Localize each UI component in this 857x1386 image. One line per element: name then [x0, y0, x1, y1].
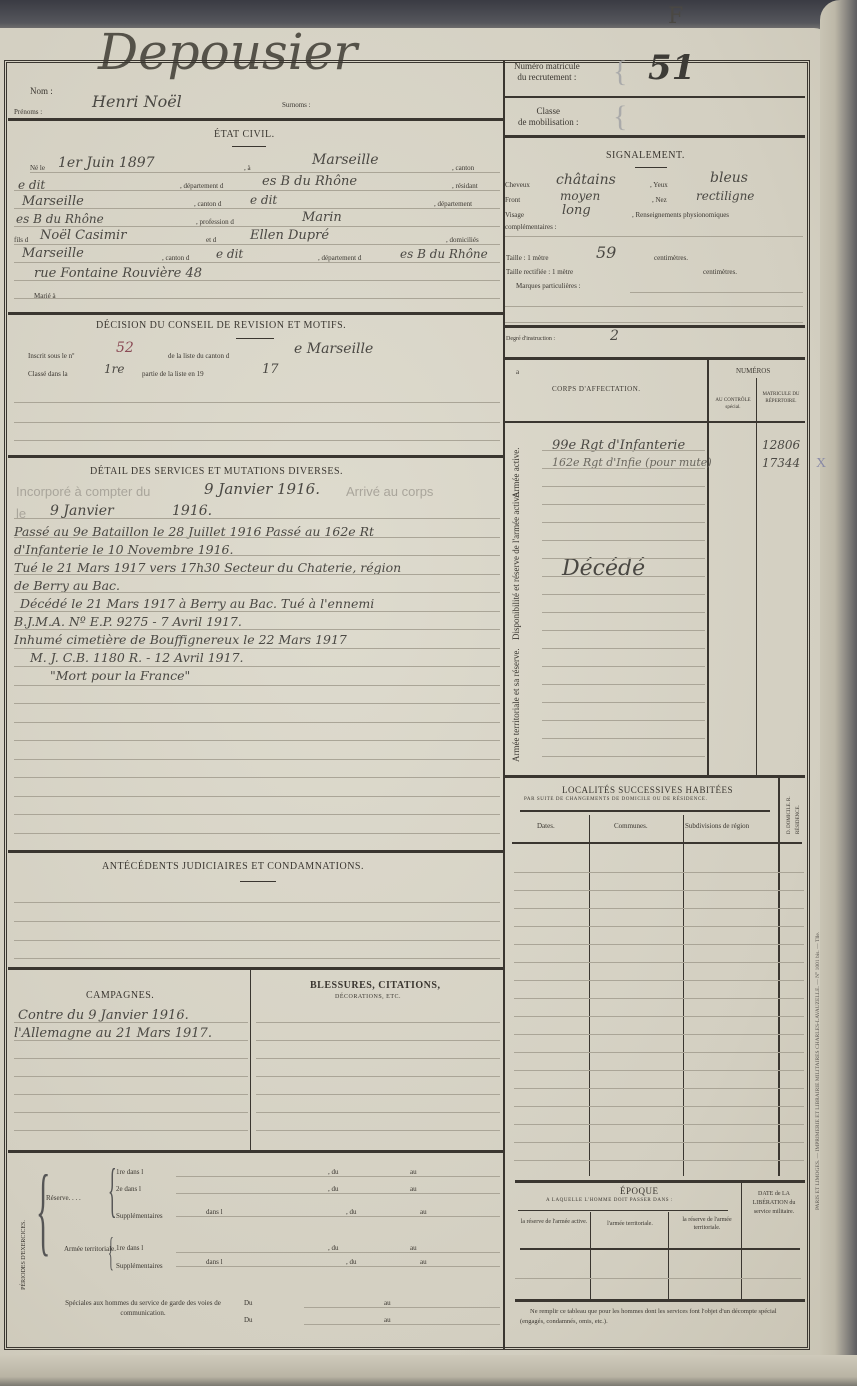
periode-row-label: Du [244, 1299, 253, 1307]
divider [515, 1299, 805, 1302]
col-divider [683, 815, 684, 1176]
taille-rectifiee-label: Taille rectifiée : 1 mètre [506, 268, 573, 276]
epoque-title: ÉPOQUE [620, 1186, 659, 1196]
departement-label-3: , département d [318, 254, 361, 262]
birth-date: 1er Juin 1897 [58, 155, 155, 171]
visage-value: long [562, 203, 591, 218]
title-rule [635, 167, 667, 168]
localites-title: LOCALITÉS SUCCESSIVES HABITÉES [562, 785, 733, 795]
periode-row-sub: dans l [206, 1208, 223, 1216]
nez-label: , Nez [652, 196, 667, 204]
residence-departement: es B du Rhône [16, 212, 104, 226]
decision-canton: e Marseille [294, 341, 373, 357]
periode-row-au: au [410, 1244, 417, 1252]
matricule-entry-1: 12806 [762, 438, 800, 452]
residence: Marseille [22, 194, 84, 209]
periode-row-label: Du [244, 1316, 253, 1324]
status-decede: Décédé [562, 556, 645, 581]
ne-le-label: Né le [30, 164, 45, 172]
epoque-col-territoriale: l'armée territoriale. [596, 1220, 664, 1228]
cheveux-value: châtains [556, 172, 616, 188]
stamp-arrive: Arrivé au corps [346, 484, 433, 499]
localites-subtitle: PAR SUITE DE CHANGEMENTS DE DOMICILE OU … [524, 797, 707, 802]
front-value: moyen [560, 189, 600, 203]
folio-letter: F [668, 4, 683, 29]
stamp-year: 1916. [172, 503, 212, 519]
blessures-title: BLESSURES, CITATIONS, [310, 980, 440, 991]
cheveux-label: Cheveux [505, 181, 530, 189]
periode-row-label: 2e dans l [116, 1185, 141, 1193]
col-divider [741, 1183, 742, 1299]
marie-label: Marié à [34, 292, 56, 300]
etat-civil-title: ÉTAT CIVIL. [214, 129, 275, 140]
partie-value: 1re [104, 362, 124, 376]
inscrit-number: 52 [116, 340, 134, 356]
periode-row-label: 1re dans l [116, 1168, 143, 1176]
printer-imprint: PARIS ET LIMOGES. — IMPRIMERIE ET LIBRAI… [815, 932, 821, 1210]
parents-residence: Marseille [22, 246, 84, 261]
periode-row-au: au [384, 1299, 391, 1307]
decision-title: DÉCISION DU CONSEIL DE REVISION ET MOTIF… [96, 320, 346, 331]
campagne-line-2: l'Allemagne au 21 Mars 1917. [14, 1026, 212, 1041]
classe-label-1: Classe [518, 106, 579, 117]
yeux-label: , Yeux [650, 181, 668, 189]
matricule-label-2: du recrutement : [514, 72, 580, 83]
marques-label: Marques particulières : [516, 282, 581, 290]
col-communes: Communes. [614, 822, 648, 830]
yeux-value: bleus [710, 170, 748, 186]
periodes-side-label: PÉRIODES D'EXERCICES. [20, 1200, 28, 1310]
services-title: DÉTAIL DES SERVICES ET MUTATIONS DIVERSE… [90, 466, 343, 477]
prenoms-label: Prénoms : [14, 108, 42, 116]
address: rue Fontaine Rouvière 48 [34, 266, 202, 281]
controle-header: AU CONTRÔLE spécial. [710, 397, 756, 411]
matricule-number: 51 [648, 48, 695, 88]
canton-d-label-2: , canton d [162, 254, 189, 262]
departement-label: , département d [180, 182, 223, 190]
divider [505, 135, 805, 138]
col-divider [707, 357, 709, 775]
centimetres-label-2: centimètres. [703, 268, 737, 276]
et-label: et d [206, 236, 216, 244]
periode-row-au: au [420, 1208, 427, 1216]
col-divider [778, 778, 780, 1176]
periode-row-du: , du [346, 1208, 357, 1216]
taille-value: 59 [596, 243, 616, 262]
divider [505, 357, 805, 360]
col-dates: Dates. [537, 822, 555, 830]
corps-header: CORPS D'AFFECTATION. [552, 385, 641, 393]
degre-value: 2 [610, 328, 619, 344]
a-label: , à [244, 164, 251, 172]
canton-of: e dit [18, 178, 45, 192]
father-name: Noël Casimir [40, 228, 126, 243]
nez-value: rectiligne [696, 189, 754, 203]
periode-row-du: , du [346, 1258, 357, 1266]
periode-row-du: , du [328, 1185, 339, 1193]
divider [8, 312, 503, 315]
title-rule [232, 146, 266, 147]
parents-canton: e dit [216, 247, 243, 261]
col-subdivisions: Subdivisions de région [685, 822, 749, 830]
divider [8, 850, 503, 853]
col-divider [589, 815, 590, 1176]
partie-label: partie de la liste en 19 [142, 370, 204, 378]
complementaires-label: complémentaires : [505, 223, 557, 231]
matricule-label: Numéro matricule du recrutement : [514, 61, 580, 83]
profession: Marin [302, 210, 342, 225]
reserve-label: Réserve. . . . [46, 1194, 81, 1202]
speciales-label: Spéciales aux hommes du service de garde… [48, 1298, 238, 1318]
service-line: B.J.M.A. Nº E.P. 9275 - 7 Avril 1917. [14, 614, 242, 629]
periode-row-au: au [384, 1316, 391, 1324]
header-rule [512, 842, 802, 844]
header-rule [518, 1210, 728, 1211]
campagnes-title: CAMPAGNES. [86, 990, 154, 1001]
col-divider [756, 378, 757, 775]
mother-name: Ellen Dupré [250, 228, 329, 243]
group-disponibilite: Disponibilité et réserve de l'armée acti… [511, 491, 521, 640]
divider [515, 1180, 805, 1183]
campagne-line-1: Contre du 9 Janvier 1916. [18, 1008, 189, 1023]
degre-label: Degré d'instruction : [506, 336, 555, 342]
birth-departement: es B du Rhône [262, 174, 357, 189]
fils-label: fils d [14, 236, 28, 244]
nom-label: Nom : [30, 86, 53, 96]
service-line: M. J. C.B. 1180 R. - 12 Avril 1917. [30, 650, 244, 665]
service-line: Décédé le 21 Mars 1917 à Berry au Bac. T… [20, 596, 374, 611]
parents-departement: es B du Rhône [400, 247, 488, 261]
residant-label: , résidant [452, 182, 478, 190]
header-rule [520, 1248, 800, 1250]
matricule-header: MATRICULE DU RÉPERTOIRE. [757, 391, 805, 405]
column-divider [503, 60, 505, 1350]
divider [8, 118, 503, 121]
profession-label: , profession d [196, 218, 234, 226]
liste-label: de la liste du canton d [168, 352, 229, 360]
col-domicile: D. DOMICILE. R. RÉSIDENCE. [785, 784, 803, 834]
renseignements-label: , Renseignements physionomiques [632, 211, 729, 219]
group-territoriale: Armée territoriale et sa réserve. [511, 648, 521, 762]
service-line: Tué le 21 Mars 1917 vers 17h30 Secteur d… [14, 560, 401, 575]
page-edge [820, 0, 857, 1386]
first-names: Henri Noël [92, 92, 182, 111]
divider [505, 325, 805, 328]
epoque-note: Ne remplir ce tableau que pour les homme… [520, 1307, 802, 1327]
divider [8, 455, 503, 458]
classe-dans-label: Classé dans la [28, 370, 68, 378]
signalement-title: SIGNALEMENT. [606, 150, 685, 161]
matricule-label-1: Numéro matricule [514, 61, 580, 72]
residence-canton: e dit [250, 193, 277, 207]
service-line: "Mort pour la France" [50, 668, 190, 683]
classe-label: Classe de mobilisation : [518, 106, 579, 128]
inscrit-label: Inscrit sous le nº [28, 352, 74, 360]
stamp-le-date: 9 Janvier [50, 503, 114, 519]
divider [8, 1150, 503, 1153]
taille-label: Taille : 1 mètre [506, 254, 548, 262]
visage-label: Visage [505, 211, 524, 219]
departement-label-2: , département [434, 200, 472, 208]
date-liberation-header: DATE de LA LIBÉRATION du service militai… [744, 1190, 804, 1217]
side-mark: X [816, 456, 826, 472]
periode-row-au: au [410, 1185, 417, 1193]
periode-row-au: au [410, 1168, 417, 1176]
centimetres-label: centimètres. [654, 254, 688, 262]
epoque-subtitle: A LAQUELLE L'HOMME DOIT PASSER DANS : [546, 1198, 673, 1203]
epoque-col-reserve-territoriale: la réserve de l'armée territoriale. [674, 1216, 740, 1232]
blessures-subtitle: DÉCORATIONS, ETC. [335, 994, 401, 1000]
col-divider [590, 1212, 591, 1299]
divider [505, 96, 805, 98]
front-label: Front [505, 196, 520, 204]
divider [505, 775, 805, 778]
title-rule [236, 338, 274, 339]
periode-row-label: 1re dans l [116, 1244, 143, 1252]
header-rule [505, 421, 805, 423]
service-line: Inhumé cimetière de Bouffignereux le 22 … [14, 632, 347, 647]
periode-row-du: , du [328, 1244, 339, 1252]
canton-label: , canton [452, 164, 474, 172]
epoque-col-reserve: la réserve de l'armée active. [520, 1218, 588, 1226]
title-rule [240, 881, 276, 882]
antecedents-title: ANTÉCÉDENTS JUDICIAIRES ET CONDAMNATIONS… [102, 861, 364, 872]
col-divider [668, 1212, 669, 1299]
periode-row-label: Supplémentaires [116, 1212, 163, 1220]
service-line: de Berry au Bac. [14, 578, 120, 593]
partie-year: 17 [262, 362, 279, 377]
stamp-date: 9 Janvier 1916. [204, 480, 320, 498]
periode-row-du: , du [328, 1168, 339, 1176]
stamp-incorpore: Incorporé à compter du [16, 484, 150, 499]
periode-row-label: Supplémentaires [116, 1262, 163, 1270]
divider [8, 967, 503, 970]
matricule-entry-2: 17344 [762, 456, 800, 470]
birth-place: Marseille [312, 152, 379, 168]
col-divider [250, 970, 251, 1150]
surnoms-label: Surnoms : [282, 101, 311, 109]
numeros-header: NUMÉROS [736, 367, 770, 375]
page-bottom-edge [0, 1355, 857, 1386]
domicilies-label: , domiciliés [446, 236, 479, 244]
canton-d-label: , canton d [194, 200, 221, 208]
periode-row-sub: dans l [206, 1258, 223, 1266]
classe-label-2: de mobilisation : [518, 117, 579, 128]
header-rule [520, 810, 770, 812]
periode-row-au: au [420, 1258, 427, 1266]
